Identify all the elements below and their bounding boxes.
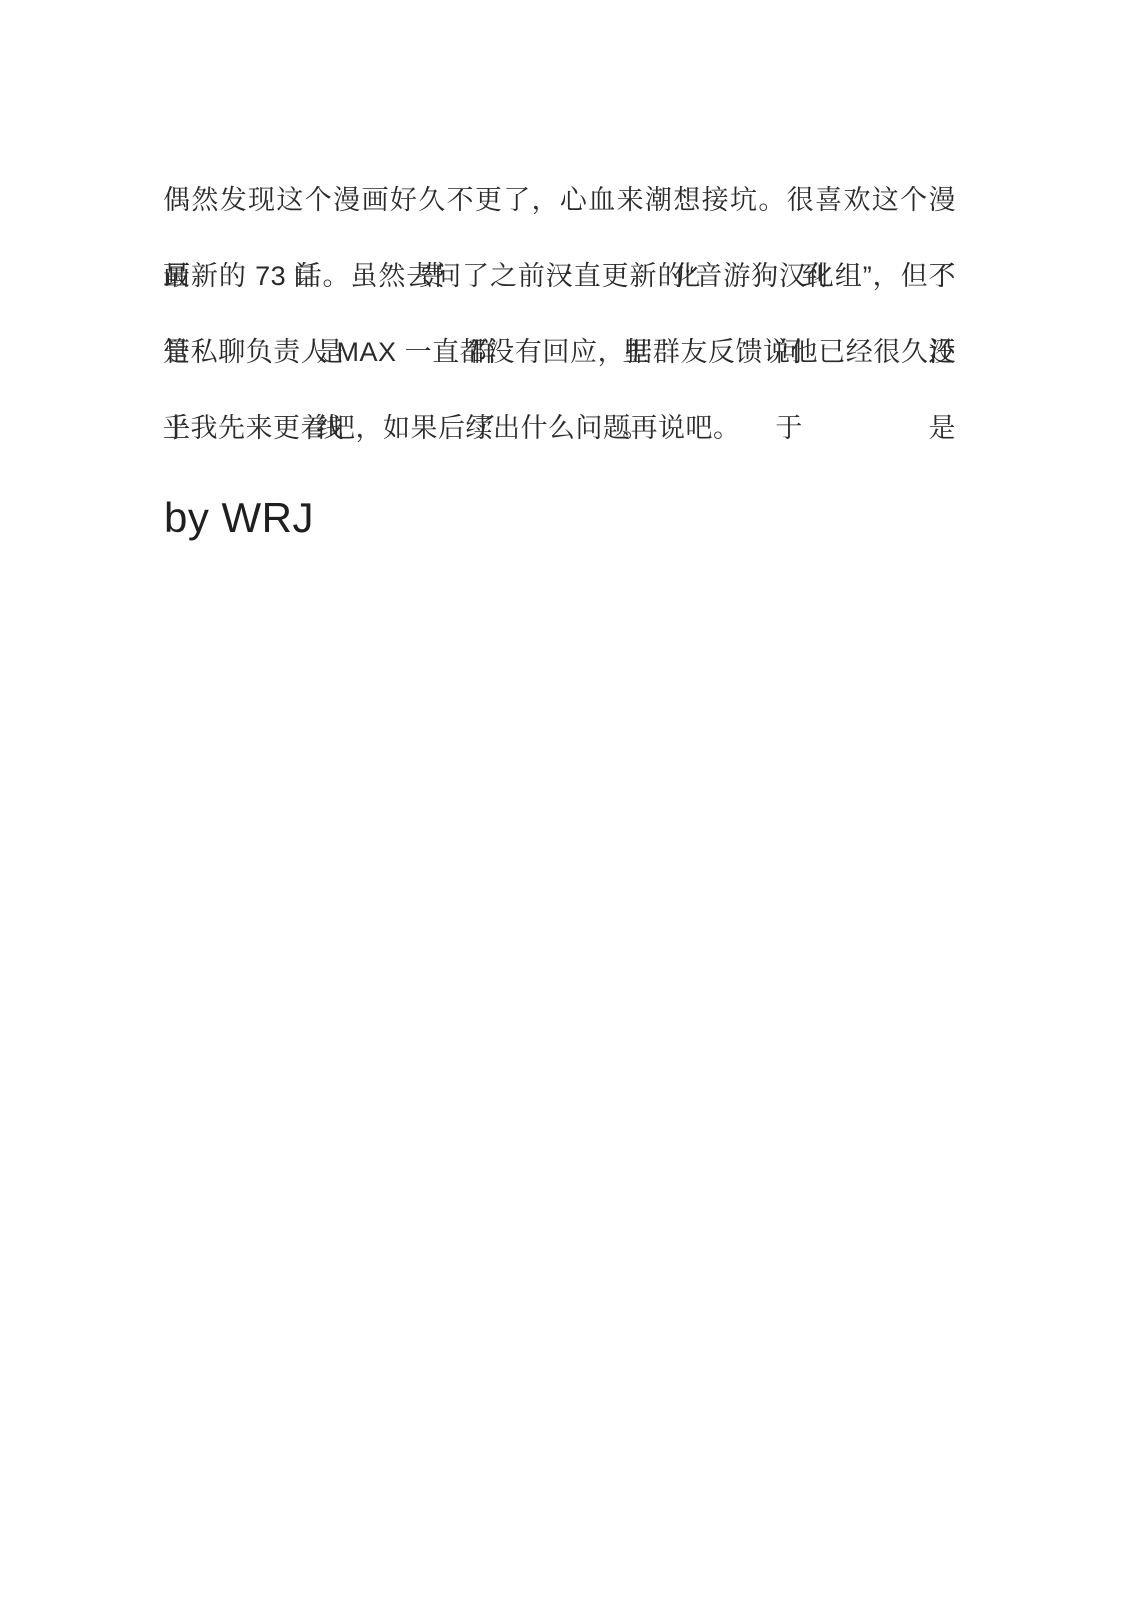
document-page: 偶然发现这个漫画好久不更了，心血来潮想接坑。很喜欢这个漫画自费汉化到了 最新的 …: [0, 0, 1125, 1600]
signature-byline: by WRJ: [164, 492, 314, 544]
paragraph-line-2: 最新的 73 话。虽然去问了之前一直更新的“音游狗汉化组”，但不管是群里问还: [163, 238, 956, 314]
paragraph-line-1: 偶然发现这个漫画好久不更了，心血来潮想接坑。很喜欢这个漫画自费汉化到了: [163, 162, 956, 238]
paragraph-line-3: 是私聊负责人 MAX 一直都没有回应，据群友反馈说他已经很久没上线了。于是: [163, 314, 956, 390]
translator-note-paragraph: 偶然发现这个漫画好久不更了，心血来潮想接坑。很喜欢这个漫画自费汉化到了 最新的 …: [163, 162, 956, 466]
